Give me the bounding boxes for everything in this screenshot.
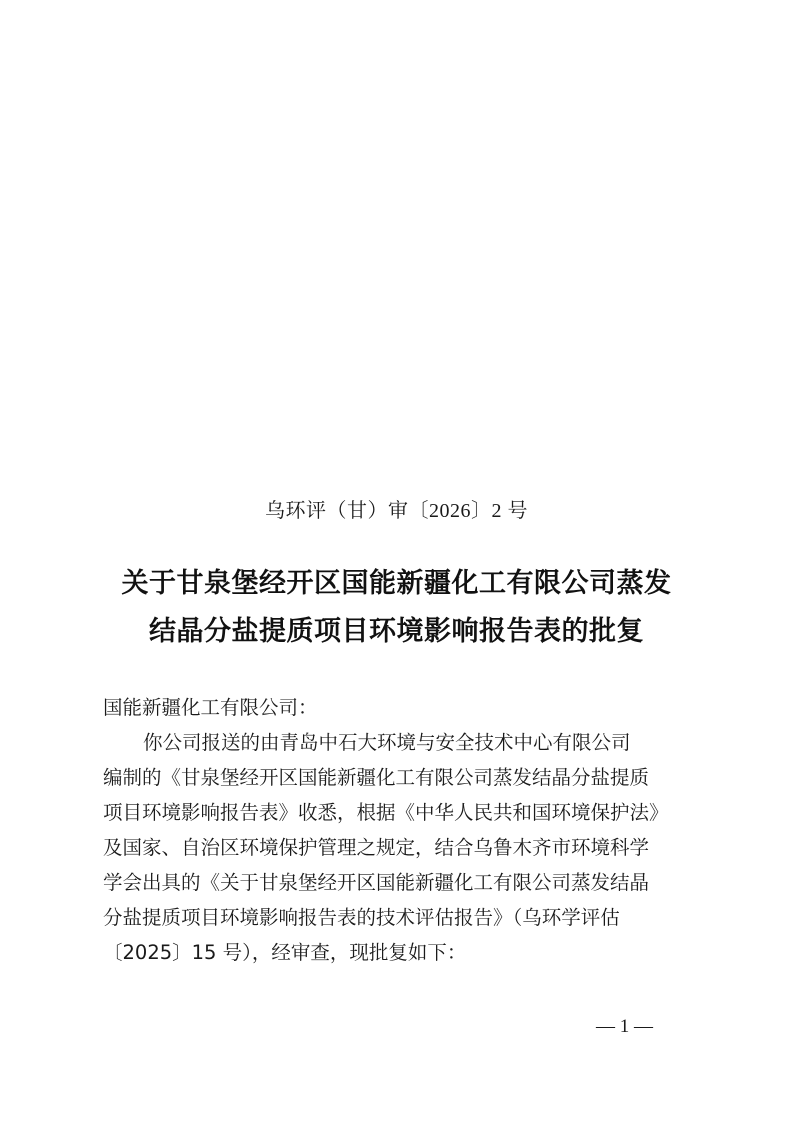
document-page: 乌环评（甘）审〔2026〕2 号 关于甘泉堡经开区国能新疆化工有限公司蒸发 结晶…: [0, 0, 793, 1122]
title-line-2: 结晶分盐提质项目环境影响报告表的批复: [90, 608, 703, 656]
page-number: — 1 —: [596, 1016, 653, 1038]
addressee: 国能新疆化工有限公司：: [103, 690, 695, 725]
paragraph-line: 学会出具的《关于甘泉堡经开区国能新疆化工有限公司蒸发结晶: [103, 865, 695, 900]
paragraph-line: 你公司报送的由青岛中石大环境与安全技术中心有限公司: [103, 725, 695, 760]
document-title: 关于甘泉堡经开区国能新疆化工有限公司蒸发 结晶分盐提质项目环境影响报告表的批复: [90, 560, 703, 656]
document-number: 乌环评（甘）审〔2026〕2 号: [0, 494, 793, 523]
title-line-1: 关于甘泉堡经开区国能新疆化工有限公司蒸发: [90, 560, 703, 608]
paragraph-line: 分盐提质项目环境影响报告表的技术评估报告》（乌环学评估: [103, 900, 695, 935]
paragraph-line: 编制的《甘泉堡经开区国能新疆化工有限公司蒸发结晶分盐提质: [103, 760, 695, 795]
paragraph-line: 项目环境影响报告表》收悉，根据《中华人民共和国环境保护法》: [103, 795, 695, 830]
paragraph-line: 及国家、自治区环境保护管理之规定，结合乌鲁木齐市环境科学: [103, 830, 695, 865]
paragraph-line: 〔2025〕15 号），经审查，现批复如下：: [103, 935, 695, 970]
body-paragraph: 你公司报送的由青岛中石大环境与安全技术中心有限公司 编制的《甘泉堡经开区国能新疆…: [103, 725, 695, 970]
document-body: 国能新疆化工有限公司： 你公司报送的由青岛中石大环境与安全技术中心有限公司 编制…: [103, 690, 695, 970]
